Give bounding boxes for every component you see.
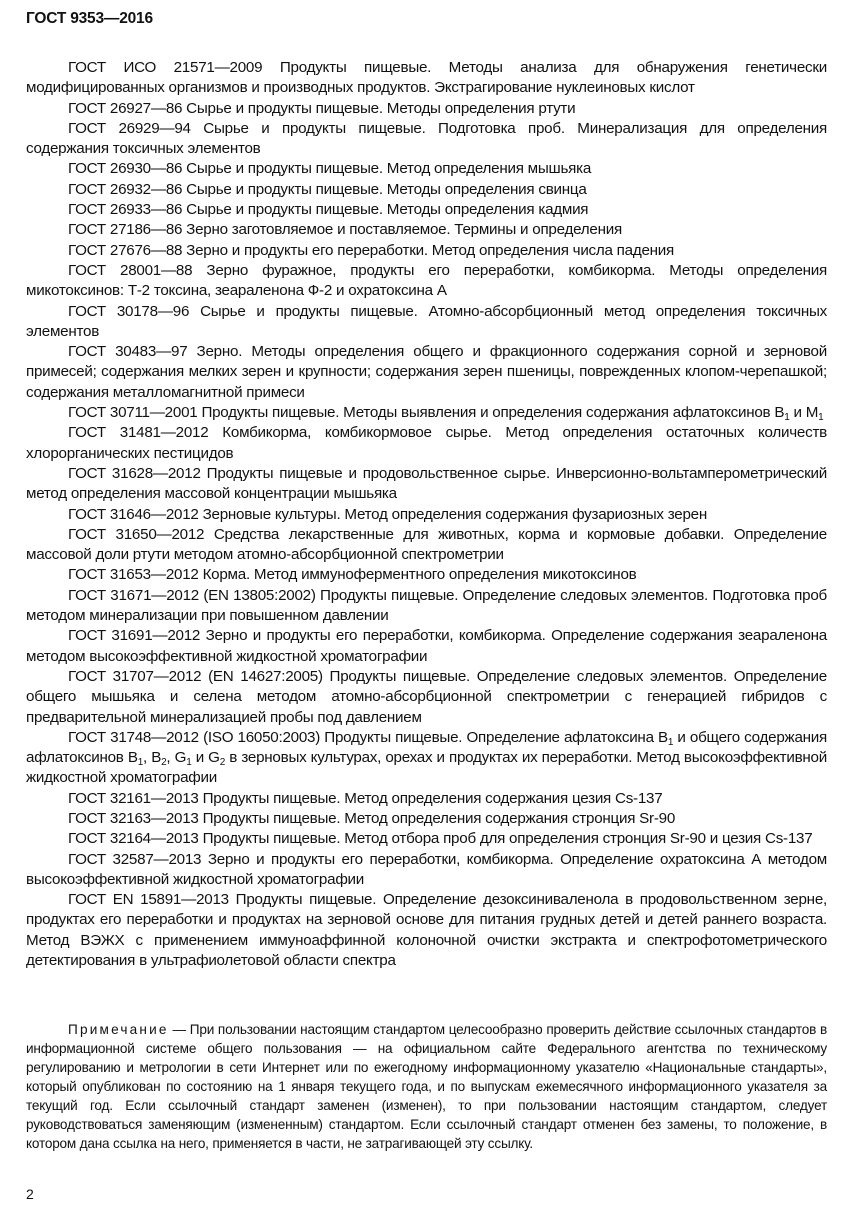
reference-item: ГОСТ 27676—88 Зерно и продукты его перер… <box>26 241 827 261</box>
reference-item: ГОСТ 32163—2013 Продукты пищевые. Метод … <box>26 809 827 829</box>
reference-item: ГОСТ 31650—2012 Средства лекарственные д… <box>26 525 827 566</box>
reference-item: ГОСТ 30178—96 Сырье и продукты пищевые. … <box>26 302 827 343</box>
reference-item: ГОСТ 26929—94 Сырье и продукты пищевые. … <box>26 119 827 160</box>
reference-item: ГОСТ 31691—2012 Зерно и продукты его пер… <box>26 626 827 667</box>
reference-item: ГОСТ EN 15891—2013 Продукты пищевые. Опр… <box>26 890 827 971</box>
reference-item: ГОСТ 26930—86 Сырье и продукты пищевые. … <box>26 159 827 179</box>
reference-item: ГОСТ 30483—97 Зерно. Методы определения … <box>26 342 827 403</box>
reference-item: ГОСТ 31748—2012 (ISO 16050:2003) Продукт… <box>26 728 827 789</box>
note-paragraph: Примечание — При пользовании настоящим с… <box>26 1020 827 1153</box>
reference-item: ГОСТ 31707—2012 (EN 14627:2005) Продукты… <box>26 667 827 728</box>
reference-item: ГОСТ 27186—86 Зерно заготовляемое и пост… <box>26 220 827 240</box>
document-header: ГОСТ 9353—2016 <box>26 10 153 28</box>
reference-item: ГОСТ 26927—86 Сырье и продукты пищевые. … <box>26 99 827 119</box>
note-text: — При пользовании настоящим стандартом ц… <box>26 1022 827 1151</box>
page-number: 2 <box>26 1186 34 1202</box>
reference-item: ГОСТ 28001—88 Зерно фуражное, продукты е… <box>26 261 827 302</box>
note-label: Примечание <box>68 1022 169 1037</box>
normative-references-list: ГОСТ ИСО 21571—2009 Продукты пищевые. Ме… <box>26 58 827 971</box>
reference-item: ГОСТ 32587—2013 Зерно и продукты его пер… <box>26 850 827 891</box>
reference-item: ГОСТ 31628—2012 Продукты пищевые и продо… <box>26 464 827 505</box>
reference-item: ГОСТ ИСО 21571—2009 Продукты пищевые. Ме… <box>26 58 827 99</box>
reference-item: ГОСТ 32161—2013 Продукты пищевые. Метод … <box>26 789 827 809</box>
reference-item: ГОСТ 31671—2012 (EN 13805:2002) Продукты… <box>26 586 827 627</box>
reference-item: ГОСТ 26933—86 Сырье и продукты пищевые. … <box>26 200 827 220</box>
reference-item: ГОСТ 26932—86 Сырье и продукты пищевые. … <box>26 180 827 200</box>
reference-item: ГОСТ 30711—2001 Продукты пищевые. Методы… <box>26 403 827 423</box>
reference-item: ГОСТ 31481—2012 Комбикорма, комбикормово… <box>26 423 827 464</box>
reference-item: ГОСТ 32164—2013 Продукты пищевые. Метод … <box>26 829 827 849</box>
reference-item: ГОСТ 31653—2012 Корма. Метод иммуноферме… <box>26 565 827 585</box>
reference-item: ГОСТ 31646—2012 Зерновые культуры. Метод… <box>26 505 827 525</box>
